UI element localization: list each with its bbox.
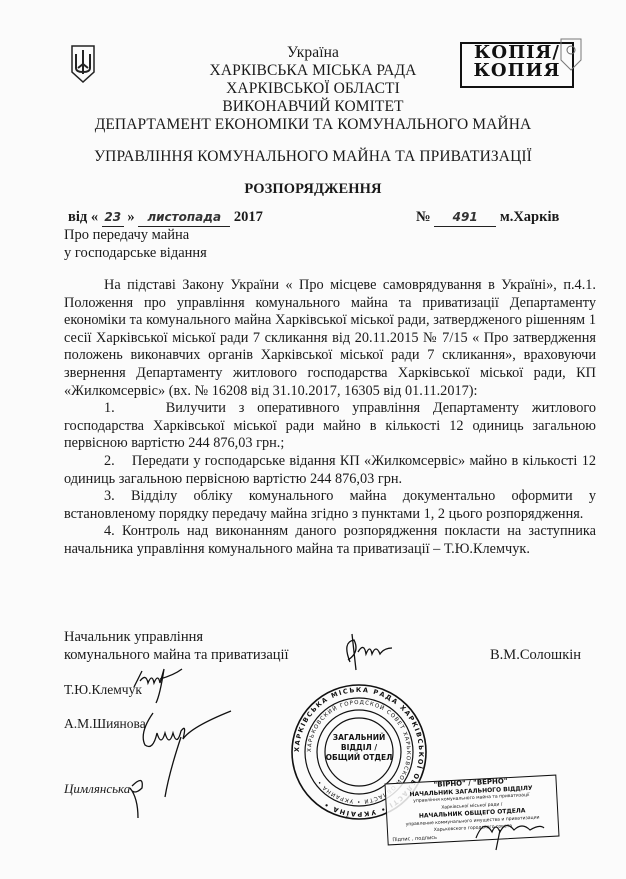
date-year: 2017 xyxy=(234,209,263,225)
date-line: від « 23 » листопада 2017 xyxy=(68,209,263,227)
item-4: 4. Контроль над виконанням даного розпор… xyxy=(64,523,596,558)
date-day: 23 xyxy=(102,209,124,227)
number-label: № xyxy=(416,209,431,225)
item-3: 3. Відділу обліку комунального майна док… xyxy=(64,488,596,523)
header-council: ХАРКІВСЬКА МІСЬКА РАДА xyxy=(0,62,626,80)
document-number: 491 xyxy=(434,209,496,227)
approval-name-3: Цимлянська xyxy=(64,781,130,797)
header-region: ХАРКІВСЬКОЇ ОБЛАСТІ xyxy=(0,80,626,98)
subject-line2: у господарське відання xyxy=(64,245,207,262)
signature-icon xyxy=(340,632,400,677)
subject-line1: Про передачу майна xyxy=(64,227,189,244)
signature-icon xyxy=(470,812,550,857)
document-body: На підставі Закону України « Про місцеве… xyxy=(64,277,596,559)
item-1: 1. Вилучити з оперативного управління Де… xyxy=(64,400,596,453)
header-country: Україна xyxy=(0,44,626,62)
signer-position-line2: комунального майна та приватизації xyxy=(64,647,289,664)
header-department: ДЕПАРТАМЕНТ ЕКОНОМІКИ ТА КОМУНАЛЬНОГО МА… xyxy=(0,116,626,134)
signature-icon xyxy=(124,772,154,827)
preamble: На підставі Закону України « Про місцеве… xyxy=(64,277,596,400)
date-month: листопада xyxy=(138,209,230,227)
approval-name-2: А.М.Шиянова xyxy=(64,716,146,732)
header-division: УПРАВЛІННЯ КОМУНАЛЬНОГО МАЙНА ТА ПРИВАТИ… xyxy=(0,148,626,166)
document-title: РОЗПОРЯДЖЕННЯ xyxy=(0,180,626,198)
number-line: № 491 м.Харків xyxy=(416,209,559,227)
city: м.Харків xyxy=(500,209,560,225)
item-2: 2. Передати у господарське відання КП «Ж… xyxy=(64,453,596,488)
round-stamp-line2: ВІДДІЛ / xyxy=(290,743,428,753)
round-stamp-line1: ЗАГАЛЬНИЙ xyxy=(290,733,428,743)
date-mid: » xyxy=(127,209,134,225)
signer-name: В.М.Солошкін xyxy=(490,647,581,664)
date-prefix: від « xyxy=(68,209,98,225)
signer-position-line1: Начальник управління xyxy=(64,629,203,646)
header-committee: ВИКОНАВЧИЙ КОМІТЕТ xyxy=(0,98,626,116)
round-stamp-line3: ОБЩИЙ ОТДЕЛ xyxy=(290,753,428,763)
